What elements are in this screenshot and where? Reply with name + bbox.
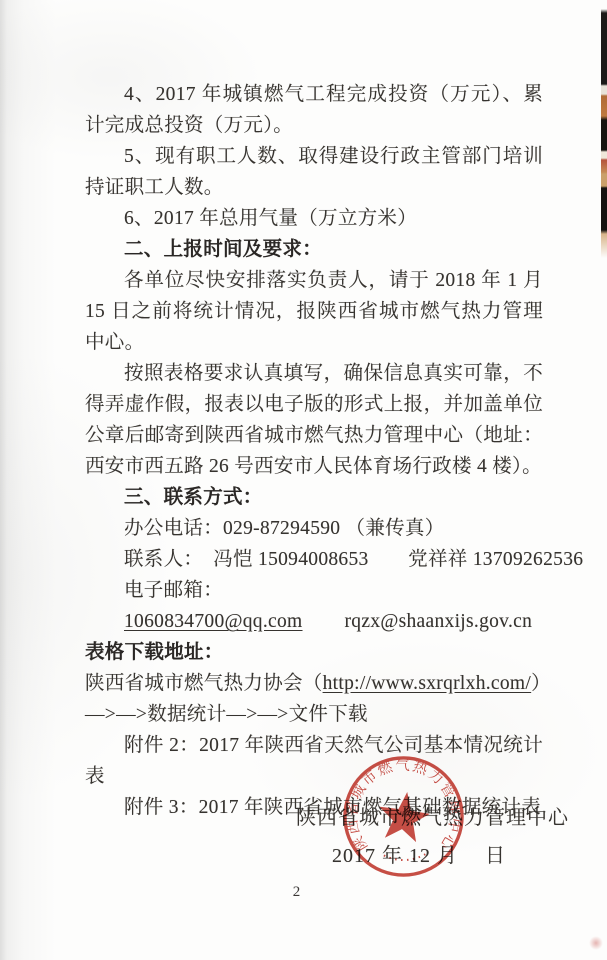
contacts-line: 联系人： 冯恺 15094008653 党祥祥 13709262536 [85, 544, 543, 575]
numbered-item-6: 6、2017 年总用气量（万立方米） [85, 203, 543, 234]
scan-left-edge-shade [0, 0, 56, 960]
attachment-2: 附件 2：2017 年陕西省天然气公司基本情况统计表 [85, 730, 543, 792]
page-number: 2 [0, 884, 593, 901]
download-site-suffix: ） [531, 673, 551, 694]
seal-serial-dots [382, 854, 426, 860]
section2-heading: 二、上报时间及要求： [85, 234, 543, 265]
download-label: 表格下载地址： [85, 637, 543, 668]
email-primary: 1060834700@qq.com [124, 611, 303, 632]
email-label: 电子邮箱： [85, 575, 543, 606]
section2-paragraph-2: 按照表格要求认真填写，确保信息真实可靠，不得弄虚作假，报表以电子版的形式上报，并… [85, 358, 543, 482]
download-site-line: 陕西省城市燃气热力协会（http://www.sxrqrlxh.com/） [85, 668, 543, 699]
scanned-document-page: 4、2017 年城镇燃气工程完成投资（万元）、累计完成总投资（万元）。 5、现有… [0, 0, 607, 960]
download-site-url: http://www.sxrqrlxh.com/ [323, 673, 532, 694]
official-seal: 陕西省城市燃气热力管理中心 [339, 752, 468, 881]
numbered-item-5: 5、现有职工人数、取得建设行政主管部门培训持证职工人数。 [85, 141, 543, 203]
email-line: 1060834700@qq.comrqzx@shaanxijs.gov.cn [85, 606, 543, 637]
download-nav-path: —>—>数据统计—>—>文件下载 [85, 699, 543, 730]
seal-star-icon [375, 788, 432, 843]
office-phone-line: 办公电话：029-87294590 （兼传真） [85, 513, 543, 544]
download-site-name: 陕西省城市燃气热力协会（ [85, 673, 323, 694]
scan-right-edge-strip [601, 0, 607, 960]
scan-red-smudge [589, 936, 603, 950]
section2-paragraph-1: 各单位尽快安排落实负责人，请于 2018 年 1 月 15 日之前将统计情况，报… [85, 265, 543, 358]
document-body: 4、2017 年城镇燃气工程完成投资（万元）、累计完成总投资（万元）。 5、现有… [85, 79, 543, 823]
email-secondary: rqzx@shaanxijs.gov.cn [345, 611, 533, 632]
section3-heading: 三、联系方式： [85, 482, 543, 513]
numbered-item-4: 4、2017 年城镇燃气工程完成投资（万元）、累计完成总投资（万元）。 [85, 79, 543, 141]
